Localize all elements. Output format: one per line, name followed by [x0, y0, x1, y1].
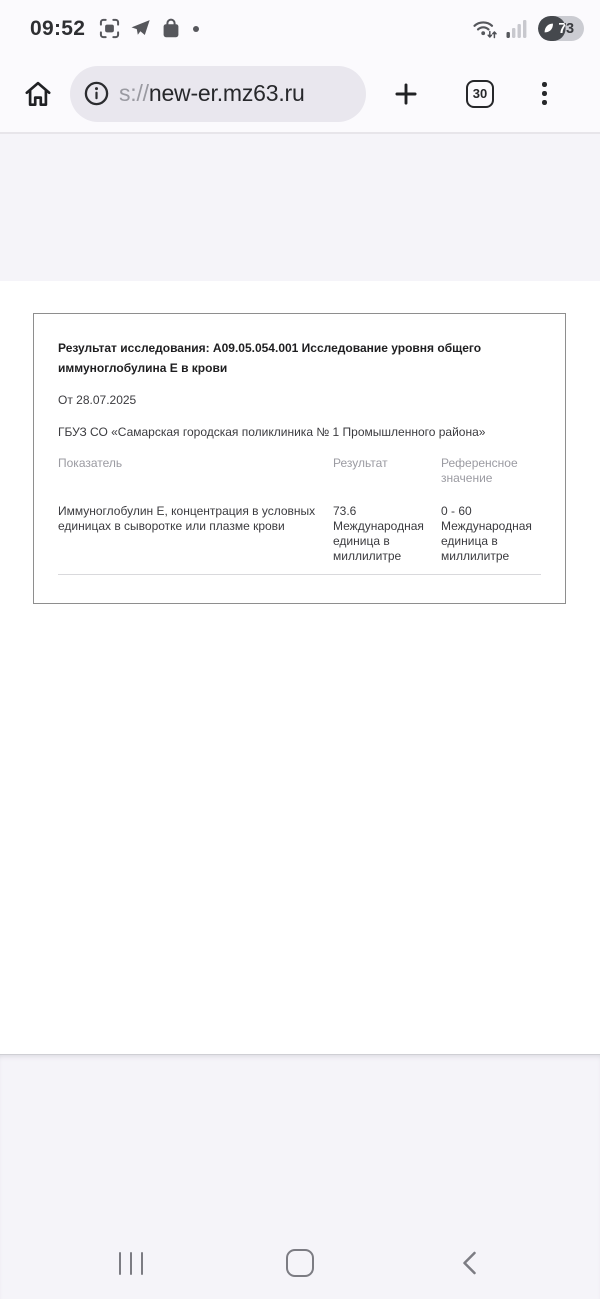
back-button[interactable] [441, 1235, 497, 1291]
tab-switcher-button[interactable]: 30 [466, 80, 494, 108]
browser-menu-button[interactable] [538, 78, 551, 109]
telegram-icon [130, 18, 151, 39]
col-header-indicator: Показатель [58, 456, 325, 486]
signal-icon [506, 18, 527, 39]
table-row: Иммуноглобулин Е, концентрация в условны… [58, 504, 541, 575]
system-nav-bar [0, 1235, 600, 1291]
screen-capture-icon [99, 18, 120, 39]
result-title: Результат исследования: А09.05.054.001 И… [58, 338, 541, 378]
menu-dot [542, 100, 547, 105]
cell-reference: 0 - 60 Международная единица в миллилитр… [441, 504, 541, 564]
bottom-system-area [0, 1054, 600, 1299]
wifi-icon [472, 17, 499, 41]
status-time: 09:52 [30, 17, 85, 41]
home-nav-button[interactable] [272, 1235, 328, 1291]
status-bar-left: 09:52 [30, 17, 199, 41]
browser-toolbar: s://new-er.mz63.ru 30 [0, 57, 600, 134]
result-date: От 28.07.2025 [58, 390, 541, 410]
col-header-reference: Референсное значение [441, 456, 541, 486]
cell-indicator: Иммуноглобулин Е, концентрация в условны… [58, 504, 325, 564]
result-table-header: Показатель Результат Референсное значени… [58, 456, 541, 486]
result-card: Результат исследования: А09.05.054.001 И… [33, 313, 566, 604]
notification-dot-icon [193, 26, 199, 32]
power-saving-leaf-icon [543, 22, 554, 34]
cell-result: 73.6 Международная единица в миллилитре [333, 504, 433, 564]
status-bar: 09:52 [0, 0, 600, 57]
url-host: new-er.mz63.ru [149, 80, 305, 106]
home-icon [22, 78, 54, 110]
home-squircle-icon [286, 1249, 314, 1277]
menu-dot [542, 82, 547, 87]
back-chevron-icon [461, 1248, 477, 1278]
recents-button[interactable] [103, 1235, 159, 1291]
home-button[interactable] [22, 78, 54, 110]
battery-indicator: 73 73 [538, 16, 584, 41]
menu-dot [542, 91, 547, 96]
tab-count: 30 [473, 86, 487, 101]
plus-icon [390, 78, 422, 110]
shopping-bag-icon [161, 18, 181, 39]
url-text: s://new-er.mz63.ru [119, 80, 305, 107]
android-screen: 09:52 [0, 0, 600, 1299]
page-top-margin [0, 134, 600, 281]
new-tab-button[interactable] [390, 78, 422, 110]
clinic-name: ГБУЗ СО «Самарская городская поликлиника… [58, 422, 541, 442]
status-bar-right: 73 73 [472, 16, 584, 41]
url-scheme: s:// [119, 80, 149, 106]
recents-icon [119, 1252, 144, 1275]
col-header-result: Результат [333, 456, 433, 486]
url-bar[interactable]: s://new-er.mz63.ru [70, 66, 366, 122]
page-info-icon[interactable] [83, 80, 110, 107]
web-content: Результат исследования: А09.05.054.001 И… [0, 281, 600, 1054]
